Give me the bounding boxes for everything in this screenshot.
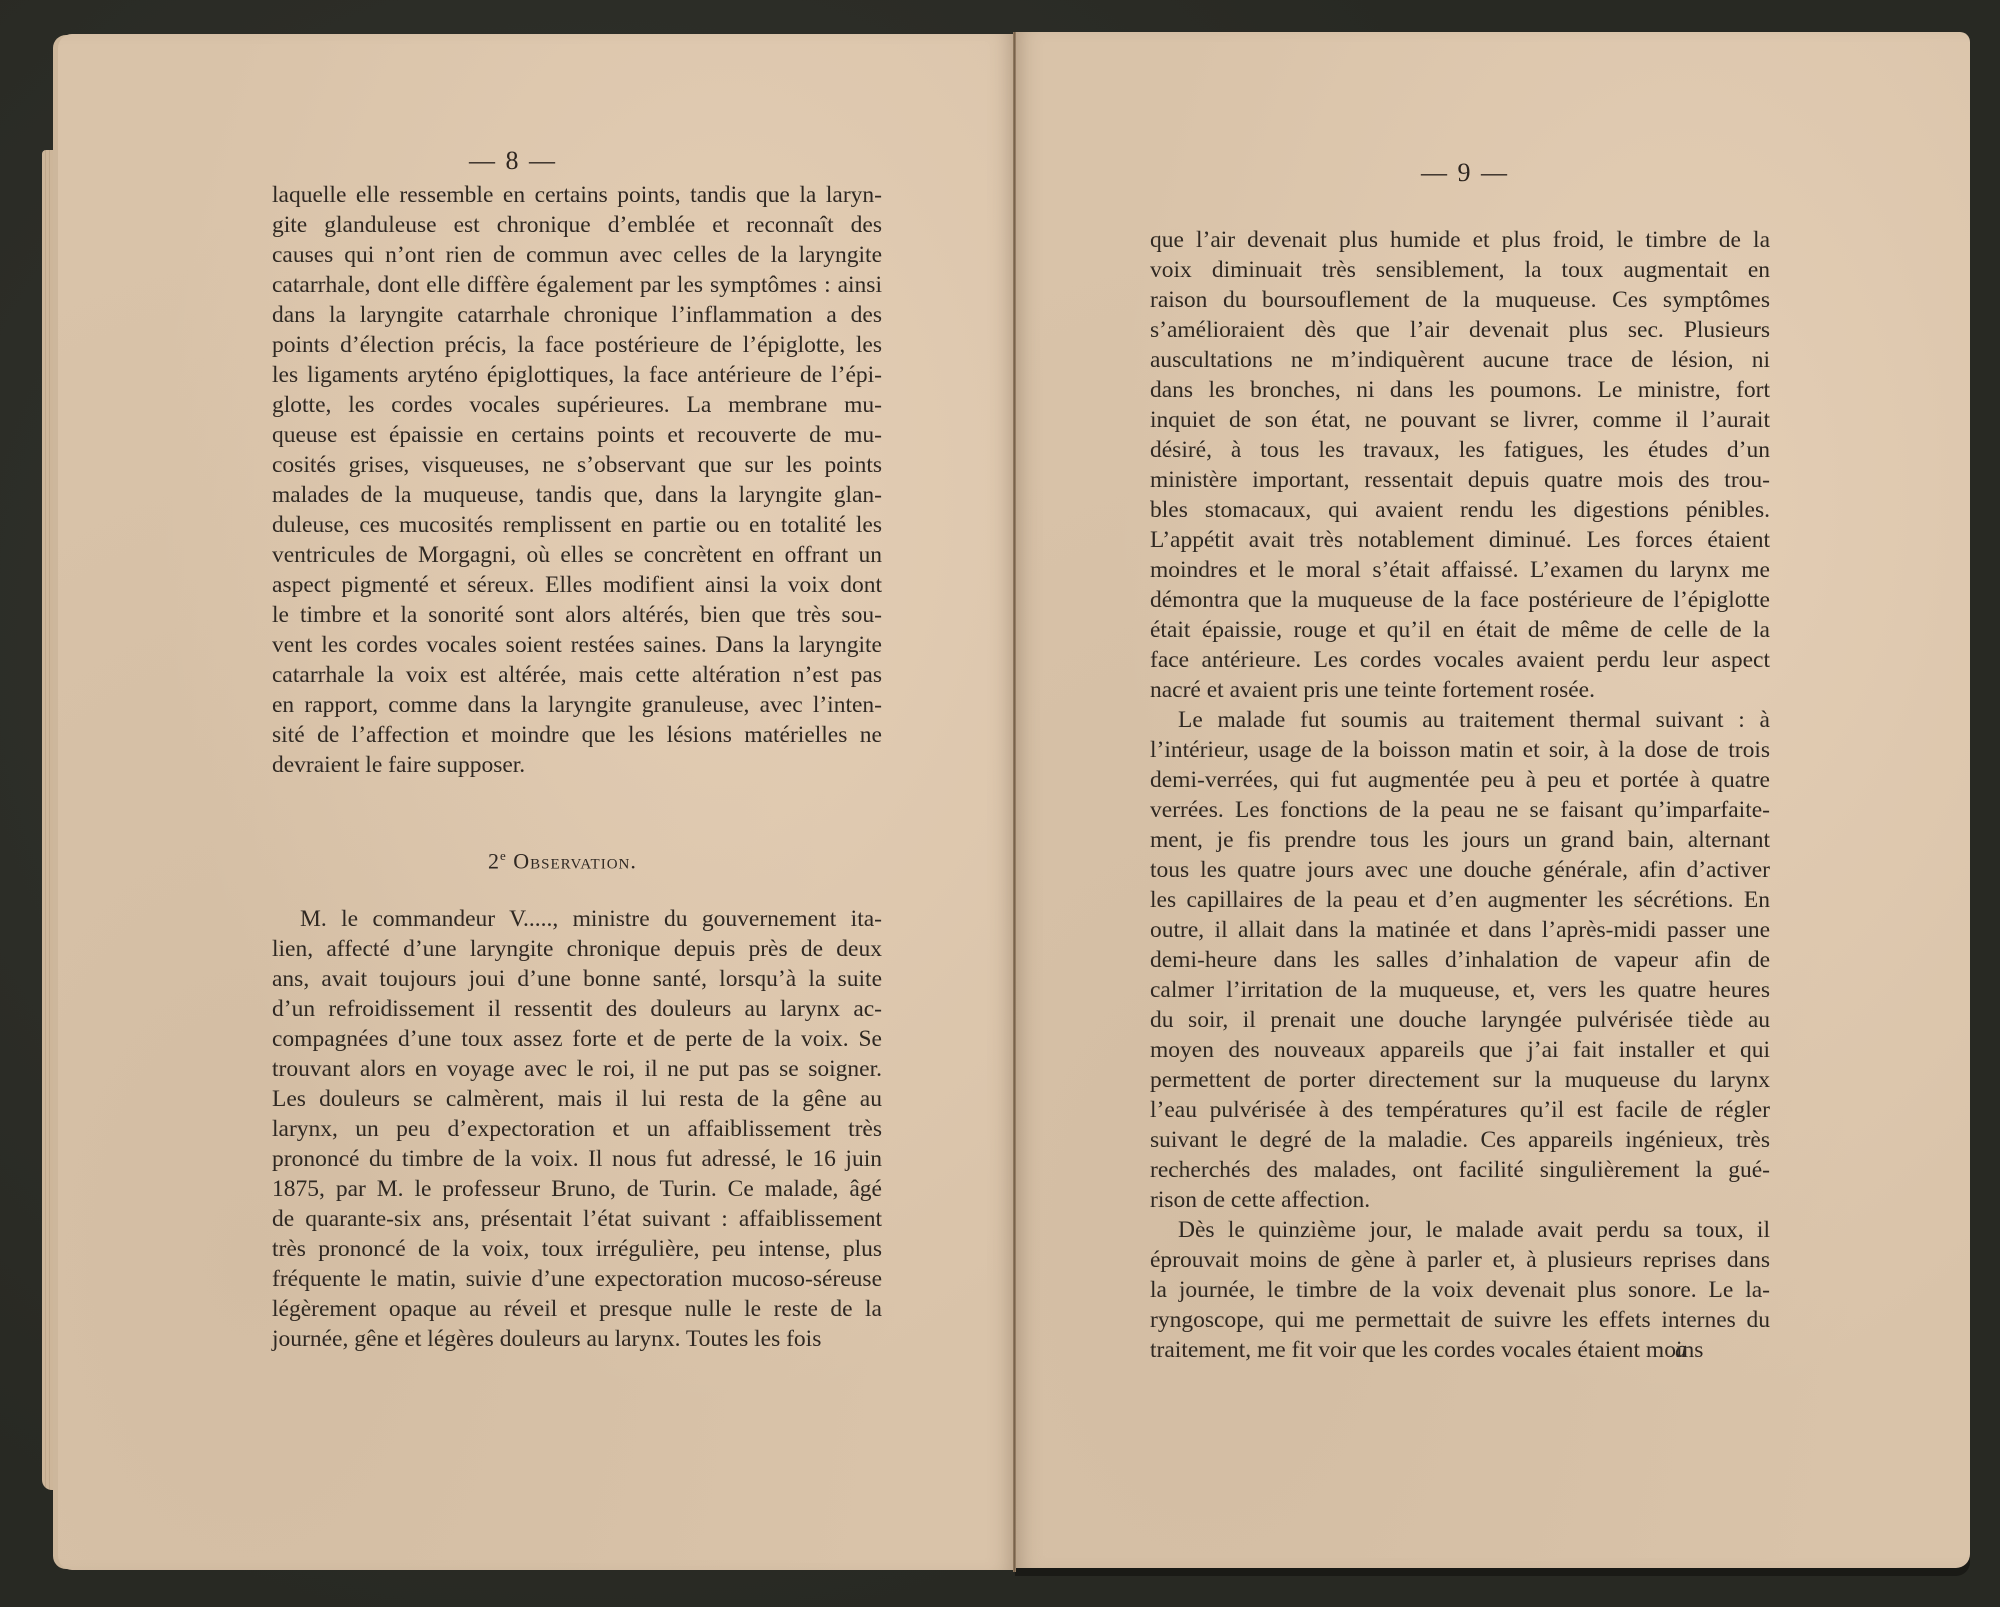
paragraph: Le malade fut soumis au traitement therm… (1150, 705, 1770, 1215)
text-line: en rapport, comme dans la laryngite gran… (272, 690, 882, 720)
text-line: fréquente le matin, suivie d’une expecto… (272, 1264, 882, 1294)
text-line: permettent de porter directement sur la … (1150, 1065, 1770, 1095)
heading-title: Observation. (513, 848, 637, 873)
text-line: larynx, un peu d’expectoration et un aff… (272, 1114, 882, 1144)
text-line: queuse est épaissie en certains points e… (272, 420, 882, 450)
text-line: devraient le faire supposer. (272, 750, 882, 780)
text-line: calmer l’irritation de la muqueuse, et, … (1150, 975, 1770, 1005)
left-page: — 8 — laquelle elle ressemble en certain… (58, 34, 1015, 1570)
text-line: catarrhale la voix est altérée, mais cet… (272, 660, 882, 690)
text-line: légèrement opaque au réveil et presque n… (272, 1294, 882, 1324)
text-line: sité de l’affection et moindre que les l… (272, 720, 882, 750)
text-line: inquiet de son état, ne pouvant se livre… (1150, 405, 1770, 435)
text-line: très prononcé de la voix, toux irréguliè… (272, 1234, 882, 1264)
text-line: les capillaires de la peau et d’en augme… (1150, 885, 1770, 915)
paragraph: M. le commandeur V....., ministre du gou… (272, 904, 882, 1354)
text-line: demi-verrées, qui fut augmentée peu à pe… (1150, 765, 1770, 795)
text-line: lien, affecté d’une laryngite chronique … (272, 934, 882, 964)
text-line: dans la laryngite catarrhale chronique l… (272, 300, 882, 330)
book-spine (1013, 32, 1016, 1572)
text-line: ment, je fis prendre tous les jours un g… (1150, 825, 1770, 855)
text-line: bles stomacaux, qui avaient rendu les di… (1150, 495, 1770, 525)
text-line: ans, avait toujours joui d’une bonne san… (272, 964, 882, 994)
text-line: ryngoscope, qui me permettait de suivre … (1150, 1305, 1770, 1335)
text-line: L’appétit avait très notablement diminué… (1150, 525, 1770, 555)
text-line: cosités grises, visqueuses, ne s’observa… (272, 450, 882, 480)
text-line: duleuse, ces mucosités remplissent en pa… (272, 510, 882, 540)
paragraph: que l’air devenait plus humide et plus f… (1150, 225, 1770, 705)
text-line: était épaissie, rouge et qu’il en était … (1150, 615, 1770, 645)
text-line: l’intérieur, usage de la boisson matin e… (1150, 735, 1770, 765)
text-line: démontra que la muqueuse de la face post… (1150, 585, 1770, 615)
text-line: Le malade fut soumis au traitement therm… (1150, 705, 1770, 735)
text-line: 1875, par M. le professeur Bruno, de Tur… (272, 1174, 882, 1204)
text-line: journée, gêne et légères douleurs au lar… (272, 1324, 882, 1354)
text-line: M. le commandeur V....., ministre du gou… (272, 904, 882, 934)
text-line: outre, il allait dans la matinée et dans… (1150, 915, 1770, 945)
text-line: dans les bronches, ni dans les poumons. … (1150, 375, 1770, 405)
text-line: s’amélioraient dès que l’air devenait pl… (1150, 315, 1770, 345)
text-line: les ligaments aryténo épiglottiques, la … (272, 360, 882, 390)
text-line: glotte, les cordes vocales supérieures. … (272, 390, 882, 420)
text-line: vent les cordes vocales soient restées s… (272, 630, 882, 660)
text-line: nacré et avaient pris une teinte forteme… (1150, 675, 1770, 705)
text-line: l’eau pulvérisée à des températures qu’i… (1150, 1095, 1770, 1125)
heading-number: 2 (488, 848, 500, 873)
text-line: face antérieure. Les cordes vocales avai… (1150, 645, 1770, 675)
text-line: de quarante-six ans, présentait l’état s… (272, 1204, 882, 1234)
page-number: — 9 — (1345, 158, 1585, 188)
text-line: gite glanduleuse est chronique d’emblée … (272, 210, 882, 240)
text-line: Les douleurs se calmèrent, mais il lui r… (272, 1084, 882, 1114)
text-line: verrées. Les fonctions de la peau ne se … (1150, 795, 1770, 825)
text-line: moindres et le moral s’était affaissé. L… (1150, 555, 1770, 585)
text-line: éprouvait moins de gène à parler et, à p… (1150, 1245, 1770, 1275)
text-line: demi-heure dans les salles d’inhalation … (1150, 945, 1770, 975)
text-line: tous les quatre jours avec une douche gé… (1150, 855, 1770, 885)
text-line: suivant le degré de la maladie. Ces appa… (1150, 1125, 1770, 1155)
text-line: points d’élection précis, la face postér… (272, 330, 882, 360)
text-line: raison du boursouflement de la muqueuse.… (1150, 285, 1770, 315)
right-page: — 9 — que l’air devenait plus humide et … (1015, 32, 1970, 1568)
page-number: — 8 — (398, 146, 628, 176)
text-line: auscultations ne m’indiquèrent aucune tr… (1150, 345, 1770, 375)
text-line: laquelle elle ressemble en certains poin… (272, 180, 882, 210)
text-line: que l’air devenait plus humide et plus f… (1150, 225, 1770, 255)
text-line: malades de la muqueuse, tandis que, dans… (272, 480, 882, 510)
text-line: désiré, à tous les travaux, les fatigues… (1150, 435, 1770, 465)
text-line: rison de cette affection. (1150, 1185, 1770, 1215)
text-line: trouvant alors en voyage avec le roi, il… (272, 1054, 882, 1084)
text-line: prononcé du timbre de la voix. Il nous f… (272, 1144, 882, 1174)
text-line: causes qui n’ont rien de commun avec cel… (272, 240, 882, 270)
text-line: ministère important, ressentait depuis q… (1150, 465, 1770, 495)
heading-superscript: e (500, 848, 507, 863)
text-line: moyen des nouveaux appareils que j’ai fa… (1150, 1035, 1770, 1065)
text-line: Dès le quinzième jour, le malade avait p… (1150, 1215, 1770, 1245)
text-line: voix diminuait très sensiblement, la tou… (1150, 255, 1770, 285)
section-heading: 2e Observation. (488, 848, 637, 874)
text-line: compagnées d’une toux assez forte et de … (272, 1024, 882, 1054)
paragraph: laquelle elle ressemble en certains poin… (272, 180, 882, 780)
text-line: recherchés des malades, ont facilité sin… (1150, 1155, 1770, 1185)
text-line: la journée, le timbre de la voix devenai… (1150, 1275, 1770, 1305)
text-line: du soir, il prenait une douche laryngée … (1150, 1005, 1770, 1035)
text-line: catarrhale, dont elle diffère également … (272, 270, 882, 300)
text-line: aspect pigmenté et séreux. Elles modifie… (272, 570, 882, 600)
text-line: d’un refroidissement il ressentit des do… (272, 994, 882, 1024)
text-line: le timbre et la sonorité sont alors alté… (272, 600, 882, 630)
text-line: ventricules de Morgagni, où elles se con… (272, 540, 882, 570)
signature-mark: a (1675, 1337, 1687, 1364)
